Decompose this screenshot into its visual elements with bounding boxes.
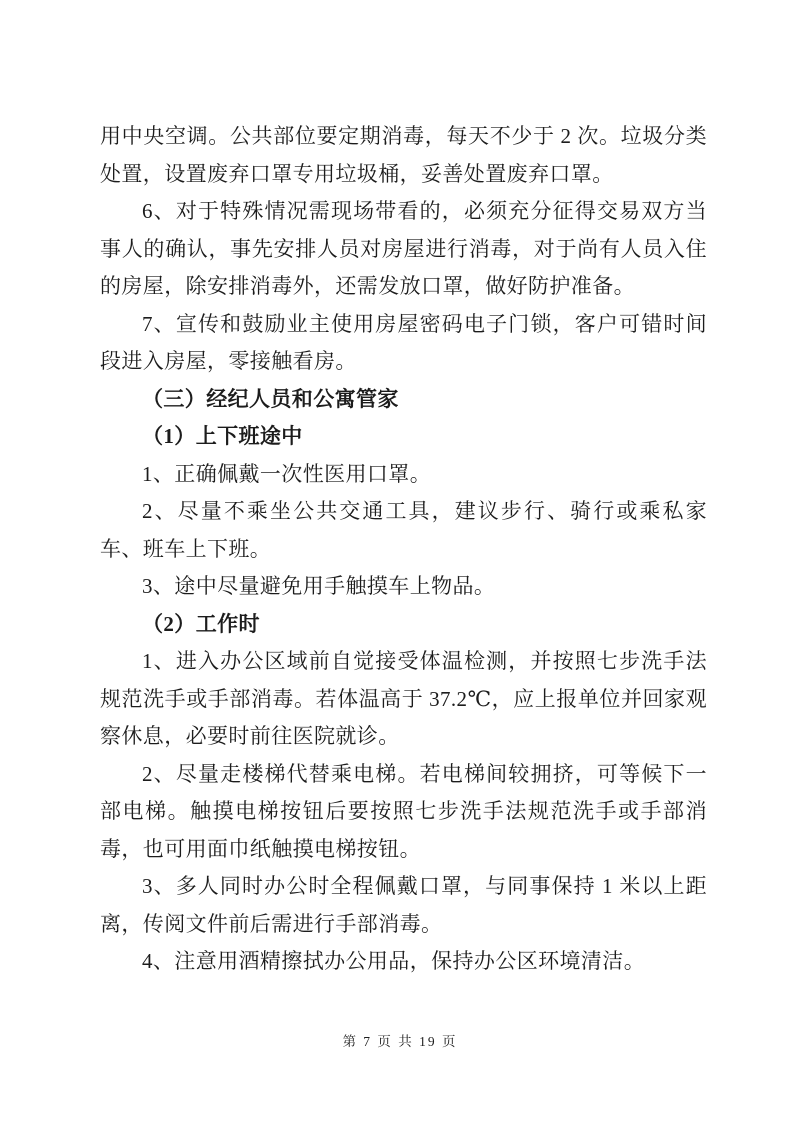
document-body: 用中央空调。公共部位要定期消毒，每天不少于 2 次。垃圾分类处置，设置废弃口罩专…: [100, 118, 707, 981]
page-footer: 第 7 页 共 19 页: [0, 1030, 800, 1050]
paragraph-continuation: 用中央空调。公共部位要定期消毒，每天不少于 2 次。垃圾分类处置，设置废弃口罩专…: [100, 118, 707, 193]
document-page: 用中央空调。公共部位要定期消毒，每天不少于 2 次。垃圾分类处置，设置废弃口罩专…: [0, 0, 800, 1131]
paragraph-work-1: 1、进入办公区域前自觉接受体温检测，并按照七步洗手法规范洗手或手部消毒。若体温高…: [100, 643, 707, 756]
paragraph-work-4: 4、注意用酒精擦拭办公用品，保持办公区环境清洁。: [100, 943, 707, 981]
paragraph-item-7: 7、宣传和鼓励业主使用房屋密码电子门锁，客户可错时间段进入房屋，零接触看房。: [100, 306, 707, 381]
paragraph-commute-1: 1、正确佩戴一次性医用口罩。: [100, 456, 707, 494]
subsection-heading-2: （2）工作时: [100, 606, 707, 644]
paragraph-work-2: 2、尽量走楼梯代替乘电梯。若电梯间较拥挤，可等候下一部电梯。触摸电梯按钮后要按照…: [100, 756, 707, 869]
paragraph-item-6: 6、对于特殊情况需现场带看的，必须充分征得交易双方当事人的确认，事先安排人员对房…: [100, 193, 707, 306]
paragraph-work-3: 3、多人同时办公时全程佩戴口罩，与同事保持 1 米以上距离，传阅文件前后需进行手…: [100, 868, 707, 943]
subsection-heading-1: （1）上下班途中: [100, 418, 707, 456]
section-heading-3: （三）经纪人员和公寓管家: [100, 381, 707, 419]
paragraph-commute-3: 3、途中尽量避免用手触摸车上物品。: [100, 568, 707, 606]
paragraph-commute-2: 2、尽量不乘坐公共交通工具，建议步行、骑行或乘私家车、班车上下班。: [100, 493, 707, 568]
